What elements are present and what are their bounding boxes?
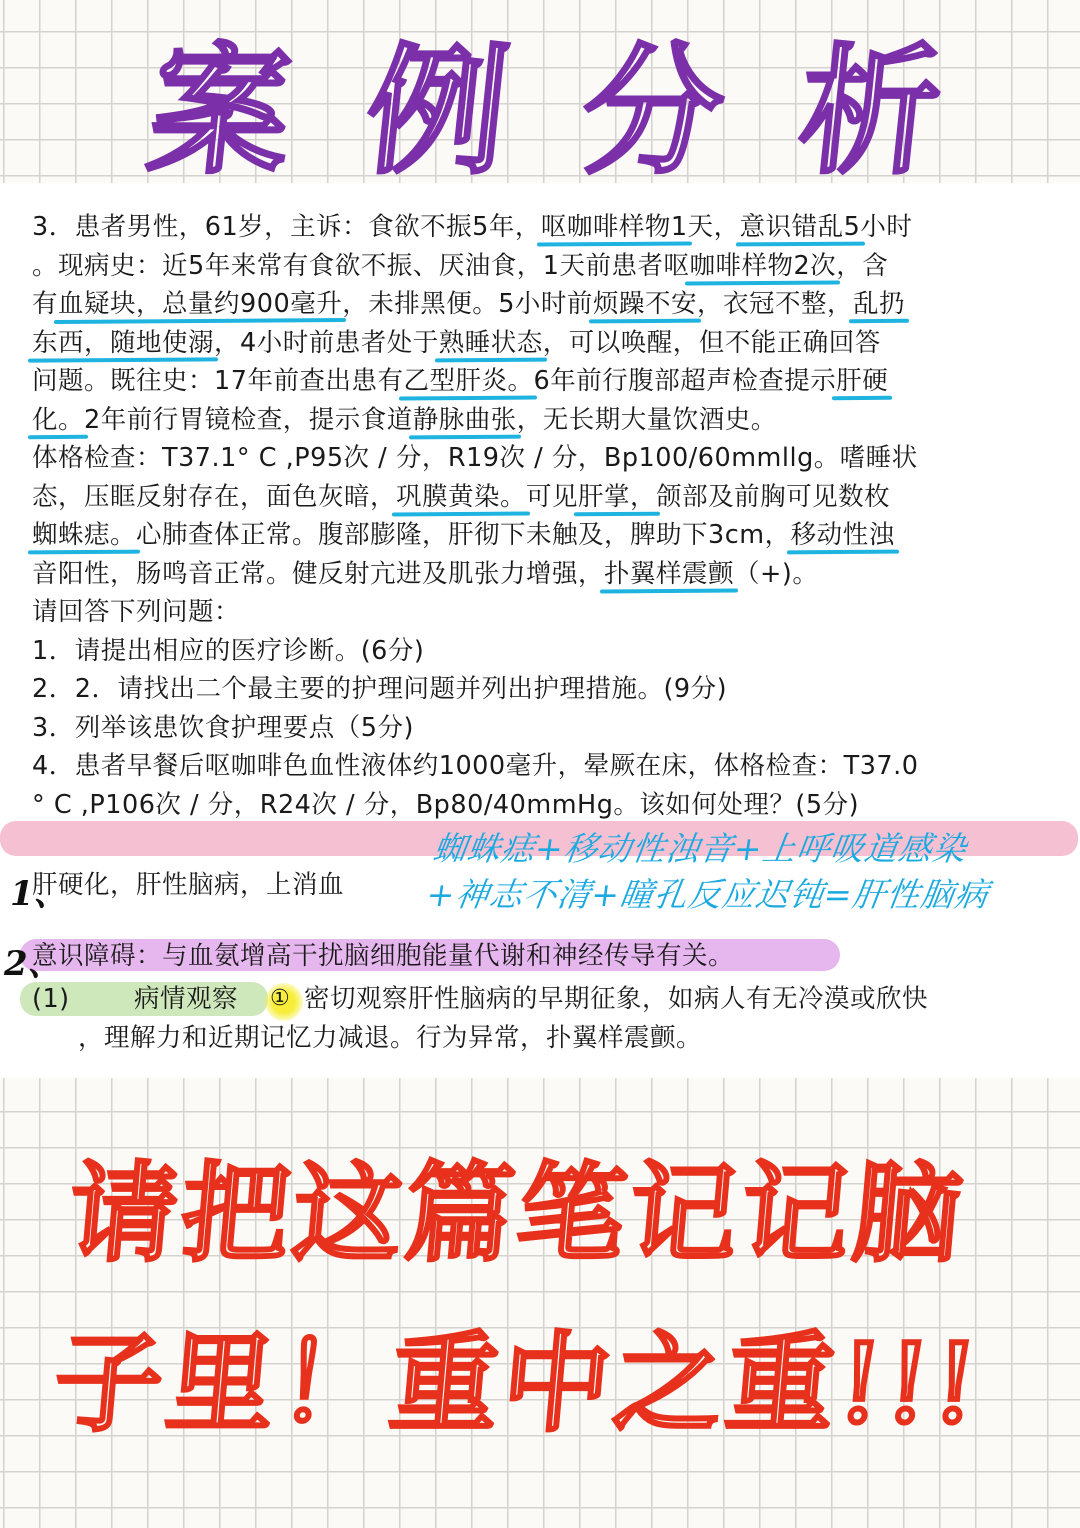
case-text-line: ° C ,P106次 / 分，R24次 / 分，Bp80/40mmHg。该如何处… xyxy=(32,786,1062,825)
case-text-line: 3．列举该患饮食护理要点（5分) xyxy=(32,709,1062,748)
blue-note-line-2: +神志不清+瞳孔反应迟钝=肝性脑病 xyxy=(424,872,1080,918)
case-description: 3．患者男性，61岁，主诉：食欲不振5年，呕咖啡样物1天，意识错乱5小时。现病史… xyxy=(32,208,1062,824)
case-text-segment: 3．列举该患饮食护理要点（5分) xyxy=(32,713,414,743)
case-text-segment: 音阳性，肠鸣音正常。健反射亢进及肌张力增强， xyxy=(32,559,604,589)
case-text-segment: ，含 xyxy=(836,251,888,281)
case-text-segment: ，4小时前患者处于 xyxy=(214,328,439,358)
case-text-line: 3．患者男性，61岁，主诉：食欲不振5年，呕咖啡样物1天，意识错乱5小时 xyxy=(32,208,1062,247)
answer-2-item-text-line-1: 密切观察肝性脑病的早期征象，如病人有无冷漠或欣快 xyxy=(304,980,928,1018)
case-text-line: 4．患者早餐后呕咖啡色血性液体约1000毫升，晕厥在床，体格检查：T37.0 xyxy=(32,747,1062,786)
underlined-key-phrase: 血疑块，总量约900毫升 xyxy=(58,289,342,319)
case-text-segment: 可见 xyxy=(526,482,578,512)
underlined-key-phrase: 肝硬 xyxy=(836,366,888,396)
handwritten-red-footer: 请把这篇笔记记脑 子里！重中之重!!! xyxy=(47,1130,1067,1470)
underlined-key-phrase: 肝掌， xyxy=(578,482,656,512)
case-text-segment: （+)。 xyxy=(734,559,818,589)
case-text-segment: 6年前行腹部超声检查提示 xyxy=(533,366,836,396)
underlined-key-phrase: 化。 xyxy=(32,405,84,435)
case-text-segment: 颌部及前胸可见数枚 xyxy=(656,482,890,512)
handwritten-title: 案 例 分 析 xyxy=(150,20,940,205)
case-text-segment: ，衣冠不整， xyxy=(697,289,853,319)
case-text-segment: 问题。既往史：17年前查出患有 xyxy=(32,366,403,396)
underlined-key-phrase: 乙型肝炎。 xyxy=(403,366,533,396)
case-text-segment: 体格检查：T37.1° C ,P95次 / 分，R19次 / 分，Bp100/6… xyxy=(32,443,918,473)
case-text-line: 蜘蛛痣。心肺查体正常。腹部膨隆，肝彻下未触及，脾助下3cm，移动性浊 xyxy=(32,516,1062,555)
case-text-line: 东西，随地使溺，4小时前患者处于熟睡状态，可以唤醒，但不能正确回答 xyxy=(32,324,1062,363)
case-text-segment: 4．患者早餐后呕咖啡色血性液体约1000毫升，晕厥在床，体格检查：T37.0 xyxy=(32,751,918,781)
case-text-segment: 态，压眶反射存在，面色灰暗， xyxy=(32,482,396,512)
case-text-segment: ，未排黑便。5小时前 xyxy=(342,289,593,319)
title-char: 析 xyxy=(793,43,948,183)
title-char: 例 xyxy=(359,43,514,183)
case-text-segment: 小时 xyxy=(860,212,912,242)
case-text-line: 体格检查：T37.1° C ,P95次 / 分，R19次 / 分，Bp100/6… xyxy=(32,439,1062,478)
case-text-segment: 心肺查体正常。腹部膨隆，肝彻下未触及，脾助下3cm， xyxy=(136,520,791,550)
underlined-key-phrase: 静脉曲张 xyxy=(413,405,517,435)
case-text-line: 。现病史：近5年来常有食欲不振、厌油食，1天前患者呕咖啡样物2次，含 xyxy=(32,247,1062,286)
circled-number-marker: ① xyxy=(270,980,290,1018)
answer-1-text: 肝硬化，肝性脑病，上消血 xyxy=(32,866,344,904)
case-text-segment: ，无长期大量饮酒史。 xyxy=(517,405,777,435)
case-text-segment: ，可以唤醒，但不能正确回答 xyxy=(543,328,881,358)
handwritten-blue-note: 蜘蛛痣+移动性浊音+上呼吸道感染 +神志不清+瞳孔反应迟钝=肝性脑病 xyxy=(424,826,1080,918)
underlined-key-phrase: 意识错乱5 xyxy=(740,212,861,242)
case-text-line: 音阳性，肠鸣音正常。健反射亢进及肌张力增强，扑翼样震颤（+)。 xyxy=(32,555,1062,594)
case-text-line: 有血疑块，总量约900毫升，未排黑便。5小时前烦躁不安，衣冠不整，乱扔 xyxy=(32,285,1062,324)
underlined-key-phrase: 咖啡样物2次 xyxy=(689,251,836,281)
case-text-line: 请回答下列问题： xyxy=(32,593,1062,632)
answer-2-item-title: 病情观察 xyxy=(134,980,238,1018)
case-text-segment: 请回答下列问题： xyxy=(32,597,240,627)
case-text-segment: 天， xyxy=(688,212,740,242)
answer-2-item-text-line-2: ，理解力和近期记忆力减退。行为异常，扑翼样震颤。 xyxy=(78,1019,702,1057)
case-text-line: 态，压眶反射存在，面色灰暗，巩膜黄染。可见肝掌，颌部及前胸可见数枚 xyxy=(32,478,1062,517)
case-text-segment: 1．请提出相应的医疗诊断。(6分) xyxy=(32,636,424,666)
case-text-segment: 有 xyxy=(32,289,58,319)
case-text-line: 1．请提出相应的医疗诊断。(6分) xyxy=(32,632,1062,671)
footer-line-2: 子里！重中之重!!! xyxy=(47,1300,1052,1470)
underlined-key-phrase: 蜘蛛痣。 xyxy=(32,520,136,550)
underlined-key-phrase: 巩膜黄染。 xyxy=(396,482,526,512)
answer-2-text: 意识障碍：与血氨增高干扰脑细胞能量代谢和神经传导有关。 xyxy=(32,937,734,975)
case-text-line: 问题。既往史：17年前查出患有乙型肝炎。6年前行腹部超声检查提示肝硬 xyxy=(32,362,1062,401)
blue-note-line-1: 蜘蛛痣+移动性浊音+上呼吸道感染 xyxy=(430,826,1080,872)
title-char: 分 xyxy=(576,43,731,183)
case-text-line: 化。2年前行胃镜检查，提示食道静脉曲张，无长期大量饮酒史。 xyxy=(32,401,1062,440)
case-text-segment: 3．患者男性，61岁，主诉：食欲不振5年， xyxy=(32,212,541,242)
underlined-key-phrase: 乱扔 xyxy=(853,289,905,319)
case-text-segment: ° C ,P106次 / 分，R24次 / 分，Bp80/40mmHg。该如何处… xyxy=(32,790,859,820)
case-text-segment: 2．2．请找出二个最主要的护理问题并列出护理措施。(9分) xyxy=(32,674,727,704)
case-text-segment: 。现病史：近5年来常有食欲不振、厌油食，1天前患者呕 xyxy=(32,251,689,281)
footer-line-1: 请把这篇笔记记脑 xyxy=(62,1130,1067,1300)
underlined-key-phrase: 扑翼样震颤 xyxy=(604,559,734,589)
answer-2-item-label: (1) xyxy=(32,980,70,1018)
case-text-segment: 2年前行胃镜检查，提示食道 xyxy=(84,405,413,435)
underlined-key-phrase: 东西，随地使溺 xyxy=(32,328,214,358)
underlined-key-phrase: 呕咖啡样物1 xyxy=(541,212,688,242)
underlined-key-phrase: 熟睡状态 xyxy=(439,328,543,358)
title-char: 案 xyxy=(143,43,298,183)
case-text-line: 2．2．请找出二个最主要的护理问题并列出护理措施。(9分) xyxy=(32,670,1062,709)
underlined-key-phrase: 移动性浊 xyxy=(791,520,895,550)
underlined-key-phrase: 烦躁不安 xyxy=(593,289,697,319)
